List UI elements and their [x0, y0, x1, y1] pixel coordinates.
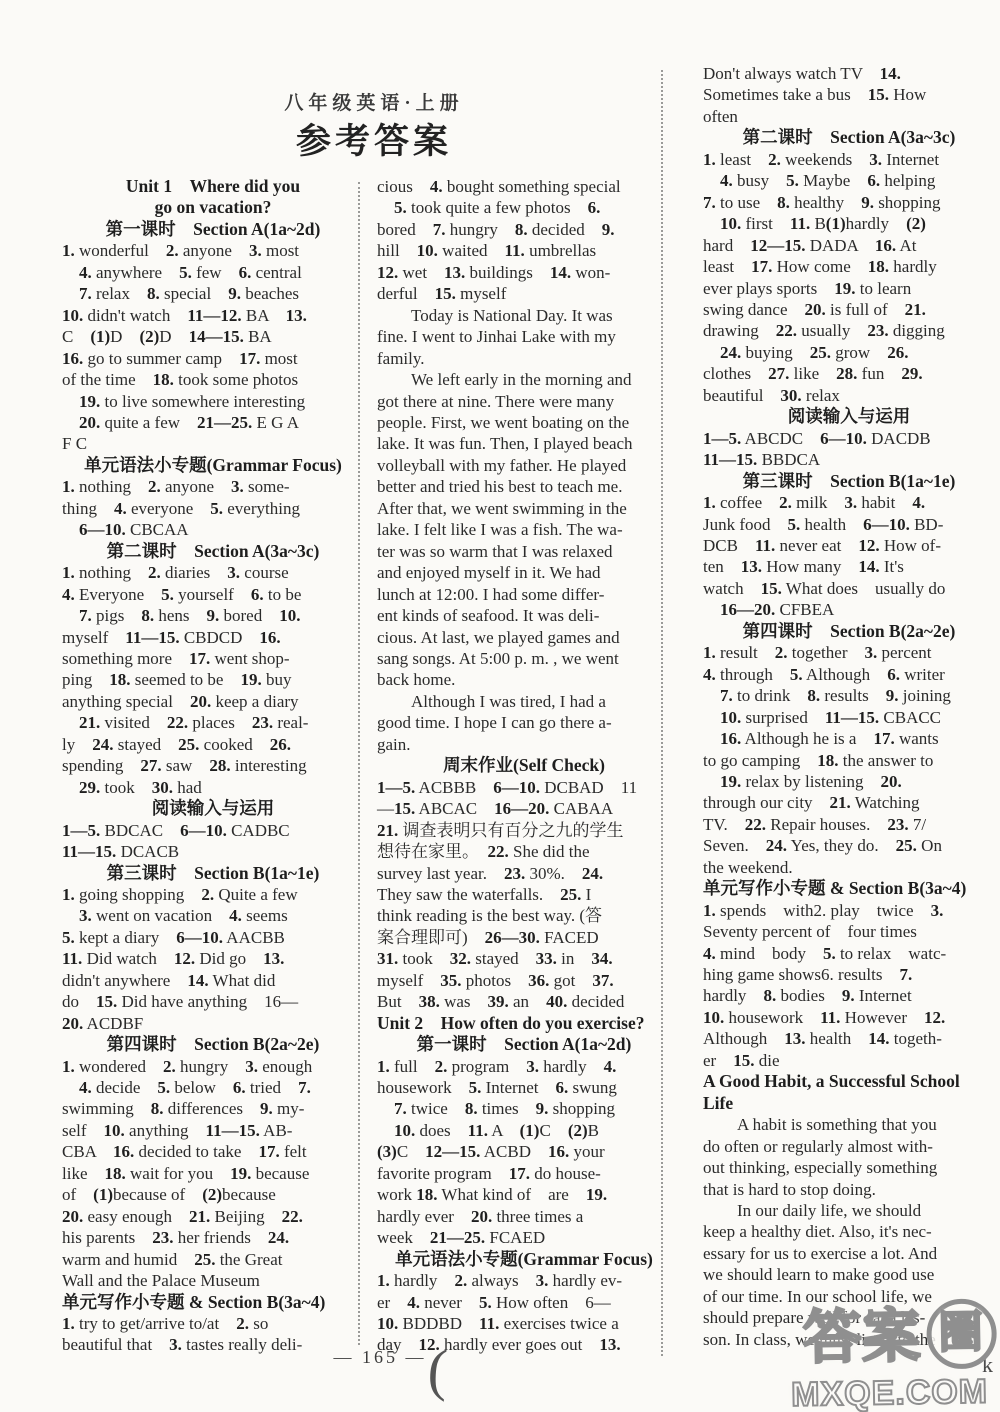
- text-line: keep a healthy diet. Also, it's nec-: [703, 1221, 995, 1242]
- text-line: 5. took quite a few photos 6.: [377, 197, 671, 218]
- text-line: people. First, we went boating on the: [377, 412, 671, 433]
- text-line: beautiful 30. relax: [703, 385, 995, 406]
- answer-block: 1. wondered 2. hungry 3. enough 4. decid…: [62, 1056, 364, 1292]
- text-line: C (1)D (2)D 14—15. BA: [62, 326, 364, 347]
- answer-block: 1. nothing 2. anyone 3. some-thing 4. ev…: [62, 476, 364, 540]
- text-line: volleyball with my father. He played: [377, 455, 671, 476]
- text-line: 6—10. CBCAA: [62, 519, 364, 540]
- text-line: 10. surprised 11—15. CBACC: [703, 707, 995, 728]
- text-line: ten 13. How many 14. It's: [703, 556, 995, 577]
- section-heading: 单元写作小专题 & Section B(3a~4): [62, 1292, 364, 1313]
- text-line: self 10. anything 11—15. AB-: [62, 1120, 364, 1141]
- text-line: 7. relax 8. special 9. beaches: [62, 283, 364, 304]
- text-line: 1. going shopping 2. Quite a few: [62, 884, 364, 905]
- watermark-brand-text: 答案: [803, 1304, 922, 1371]
- text-line: 11—15. BBDCA: [703, 449, 995, 470]
- heading-line: A Good Habit, a Successful School: [703, 1071, 995, 1092]
- text-line: back home.: [377, 669, 671, 690]
- heading-line: Unit 2 How often do you exercise?: [377, 1013, 671, 1034]
- text-line: Seven. 24. Yes, they do. 25. On: [703, 835, 995, 856]
- text-line: 24. buying 25. grow 26.: [703, 342, 995, 363]
- text-line: of the time 18. took some photos: [62, 369, 364, 390]
- text-line: ter was so warm that I was relaxed: [377, 541, 671, 562]
- heading-line: 第四课时 Section B(2a~2e): [703, 621, 995, 642]
- section-heading: 单元语法小专题(Grammar Focus): [62, 455, 364, 476]
- heading-line: go on vacation?: [62, 197, 364, 218]
- heading-line: 第一课时 Section A(1a~2d): [62, 219, 364, 240]
- text-line: hill 10. waited 11. umbrellas: [377, 240, 671, 261]
- text-line: good time. I hope I can go there a-: [377, 712, 671, 733]
- stray-bracket-mark: (: [426, 1336, 449, 1404]
- text-line: 1. coffee 2. milk 3. habit 4.: [703, 492, 995, 513]
- text-line: 11—15. DCACB: [62, 841, 364, 862]
- answer-column-2: cious 4. bought something special 5. too…: [377, 176, 671, 1356]
- text-line: 19. relax by listening 20.: [703, 771, 995, 792]
- text-line: 10. didn't watch 11—12. BA 13.: [62, 305, 364, 326]
- text-line: CBA 16. decided to take 17. felt: [62, 1141, 364, 1162]
- text-line: 10. first 11. B(1)hardly (2): [703, 213, 995, 234]
- answer-block: 1—5. ACBBB 6—10. DCBAD 11—15. ABCAC 16—2…: [377, 777, 671, 1013]
- text-line: F C: [62, 433, 364, 454]
- text-line: that is hard to stop doing.: [703, 1179, 995, 1200]
- answer-block: 1. hardly 2. always 3. hardly ev-er 4. n…: [377, 1270, 671, 1356]
- text-line: anything special 20. keep a diary: [62, 691, 364, 712]
- text-line: 想待在家里。 22. She did the: [377, 841, 671, 862]
- text-line: 7. pigs 8. hens 9. bored 10.: [62, 605, 364, 626]
- text-line: Although I was tired, I had a: [377, 691, 671, 712]
- text-line: 31. took 32. stayed 33. in 34.: [377, 948, 671, 969]
- page-header: 八年级英语·上册: [0, 88, 748, 115]
- section-heading: 单元写作小专题 & Section B(3a~4): [703, 878, 995, 899]
- text-line: 1. wonderful 2. anyone 3. most: [62, 240, 364, 261]
- text-line: hardly ever 20. three times a: [377, 1206, 671, 1227]
- heading-line: 阅读输入与运用: [62, 798, 364, 819]
- text-line: bored 7. hungry 8. decided 9.: [377, 219, 671, 240]
- section-heading: 阅读输入与运用: [703, 406, 995, 427]
- answer-block: cious 4. bought something special 5. too…: [377, 176, 671, 305]
- text-line: 10. housework 11. However 12.: [703, 1007, 995, 1028]
- section-heading: 第二课时 Section A(3a~3c): [703, 127, 995, 148]
- heading-line: 第三课时 Section B(1a~1e): [62, 863, 364, 884]
- section-heading: 单元语法小专题(Grammar Focus): [377, 1249, 671, 1270]
- heading-line: 第二课时 Section A(3a~3c): [62, 541, 364, 562]
- scanned-answer-page: 八年级英语·上册 参考答案 Unit 1 Where did yougo on …: [0, 0, 1000, 1412]
- text-line: Seventy percent of four times: [703, 921, 995, 942]
- watermark-site-text: MXQE.COM: [778, 1372, 1000, 1412]
- text-line: 4. mind body 5. to relax watc-: [703, 943, 995, 964]
- text-line: 1. least 2. weekends 3. Internet: [703, 149, 995, 170]
- text-line: 1. try to get/arrive to/at 2. so: [62, 1313, 364, 1334]
- text-line: Junk food 5. health 6—10. BD-: [703, 514, 995, 535]
- text-line: They saw the waterfalls. 25. I: [377, 884, 671, 905]
- text-line: and enjoyed myself in it. We had: [377, 562, 671, 583]
- text-line: do often or regularly almost with-: [703, 1136, 995, 1157]
- heading-line: 周末作业(Self Check): [377, 755, 671, 776]
- section-heading: A Good Habit, a Successful SchoolLife: [703, 1071, 995, 1114]
- text-line: warm and humid 25. the Great: [62, 1249, 364, 1270]
- section-heading: Unit 1 Where did yougo on vacation?: [62, 176, 364, 219]
- text-line: spending 27. saw 28. interesting: [62, 755, 364, 776]
- text-line: hard 12—15. DADA 16. At: [703, 235, 995, 256]
- text-line: 1. full 2. program 3. hardly 4.: [377, 1056, 671, 1077]
- text-line: 11. Did watch 12. Did go 13.: [62, 948, 364, 969]
- heading-line: Life: [703, 1093, 995, 1114]
- text-line: DCB 11. never eat 12. How of-: [703, 535, 995, 556]
- text-line: myself 35. photos 36. got 37.: [377, 970, 671, 991]
- text-line: something more 17. went shop-: [62, 648, 364, 669]
- heading-line: 第一课时 Section A(1a~2d): [377, 1034, 671, 1055]
- answer-block: 1—5. BDCAC 6—10. CADBC11—15. DCACB: [62, 820, 364, 863]
- text-line: —15. ABCAC 16—20. CABAA: [377, 798, 671, 819]
- text-line: derful 15. myself: [377, 283, 671, 304]
- section-heading: 第一课时 Section A(1a~2d): [377, 1034, 671, 1055]
- text-line: 21. 调查表明只有百分之九的学生: [377, 820, 671, 841]
- text-line: didn't anywhere 14. What did: [62, 970, 364, 991]
- answer-column-3: Don't always watch TV 14.Sometimes take …: [703, 63, 995, 1350]
- text-line: think reading is the best way. (答: [377, 905, 671, 926]
- heading-line: 阅读输入与运用: [703, 406, 995, 427]
- heading-line: 第三课时 Section B(1a~1e): [703, 471, 995, 492]
- heading-line: 第四课时 Section B(2a~2e): [62, 1034, 364, 1055]
- text-line: lunch at 12:00. I had some differ-: [377, 584, 671, 605]
- text-line: 7. twice 8. times 9. shopping: [377, 1098, 671, 1119]
- text-line: lake. It was fun. Then, I played beach: [377, 433, 671, 454]
- text-line: We left early in the morning and: [377, 369, 671, 390]
- text-line: 7. to drink 8. results 9. joining: [703, 685, 995, 706]
- watermark: 答案圈 MXQE.COM: [799, 1298, 1000, 1412]
- text-line: got there at nine. There were many: [377, 391, 671, 412]
- section-heading: Unit 2 How often do you exercise?: [377, 1013, 671, 1034]
- answer-block: 1—5. ABCDC 6—10. DACDB11—15. BBDCA: [703, 428, 995, 471]
- text-line: sang songs. At 5:00 p. m. , we went: [377, 648, 671, 669]
- text-line: myself 11—15. CBDCD 16.: [62, 627, 364, 648]
- answer-column-1: Unit 1 Where did yougo on vacation?第一课时 …: [62, 176, 364, 1356]
- text-line: 1. wondered 2. hungry 3. enough: [62, 1056, 364, 1077]
- text-line: er 4. never 5. How often 6—: [377, 1292, 671, 1313]
- answer-block: 1. spends with2. play twice 3.Seventy pe…: [703, 900, 995, 1072]
- answer-block: 1. least 2. weekends 3. Internet 4. busy…: [703, 149, 995, 406]
- text-line: 1—5. ACBBB 6—10. DCBAD 11: [377, 777, 671, 798]
- text-line: ent kinds of seafood. It was deli-: [377, 605, 671, 626]
- text-line: ly 24. stayed 25. cooked 26.: [62, 734, 364, 755]
- text-line: A habit is something that you: [703, 1114, 995, 1135]
- text-line: 1. nothing 2. diaries 3. course: [62, 562, 364, 583]
- text-line: 1. nothing 2. anyone 3. some-: [62, 476, 364, 497]
- answer-block: Don't always watch TV 14.Sometimes take …: [703, 63, 995, 127]
- text-line: 16—20. CFBEA: [703, 599, 995, 620]
- text-line: Although 13. health 14. togeth-: [703, 1028, 995, 1049]
- text-line: of (1)because of (2)because: [62, 1184, 364, 1205]
- text-line: 1—5. BDCAC 6—10. CADBC: [62, 820, 364, 841]
- text-line: 12. wet 13. buildings 14. won-: [377, 262, 671, 283]
- text-line: hardly 8. bodies 9. Internet: [703, 985, 995, 1006]
- text-line: lake. I felt like I was a fish. The wa-: [377, 519, 671, 540]
- text-line: TV. 22. Repair houses. 23. 7/: [703, 814, 995, 835]
- text-line: Sometimes take a bus 15. How: [703, 84, 995, 105]
- page-number: — 165 —: [0, 1347, 760, 1368]
- answer-block: 1. result 2. together 3. percent4. throu…: [703, 642, 995, 878]
- text-line: 4. anywhere 5. few 6. central: [62, 262, 364, 283]
- text-line: drawing 22. usually 23. digging: [703, 320, 995, 341]
- section-heading: 第三课时 Section B(1a~1e): [62, 863, 364, 884]
- text-line: 4. Everyone 5. yourself 6. to be: [62, 584, 364, 605]
- text-line: Don't always watch TV 14.: [703, 63, 995, 84]
- section-heading: 第二课时 Section A(3a~3c): [62, 541, 364, 562]
- text-line: fine. I went to Jinhai Lake with my: [377, 326, 671, 347]
- text-line: 1. hardly 2. always 3. hardly ev-: [377, 1270, 671, 1291]
- text-line: 4. through 5. Although 6. writer: [703, 664, 995, 685]
- text-line: better and tried his best to teach me.: [377, 476, 671, 497]
- text-line: work 18. What kind of are 19.: [377, 1184, 671, 1205]
- text-line: to go camping 18. the answer to: [703, 750, 995, 771]
- text-line: gain.: [377, 734, 671, 755]
- text-line: 20. easy enough 21. Beijing 22.: [62, 1206, 364, 1227]
- text-line: favorite program 17. do house-: [377, 1163, 671, 1184]
- text-line: like 18. wait for you 19. because: [62, 1163, 364, 1184]
- page-title: 参考答案: [0, 114, 748, 164]
- text-line: 1. result 2. together 3. percent: [703, 642, 995, 663]
- text-line: week 21—25. FCAED: [377, 1227, 671, 1248]
- heading-line: Unit 1 Where did you: [62, 176, 364, 197]
- text-line: 7. to use 8. healthy 9. shopping: [703, 192, 995, 213]
- text-line: 21. visited 22. places 23. real-: [62, 712, 364, 733]
- text-line: swing dance 20. is full of 21.: [703, 299, 995, 320]
- text-line: But 38. was 39. an 40. decided: [377, 991, 671, 1012]
- watermark-circle-glyph: 圈: [926, 1298, 997, 1369]
- text-line: his parents 23. her friends 24.: [62, 1227, 364, 1248]
- text-line: out thinking, especially something: [703, 1157, 995, 1178]
- answer-block: 1. coffee 2. milk 3. habit 4.Junk food 5…: [703, 492, 995, 621]
- text-line: 案合理即可) 26—30. FACED: [377, 927, 671, 948]
- heading-line: 单元语法小专题(Grammar Focus): [377, 1249, 671, 1270]
- text-line: essary for us to exercise a lot. And: [703, 1243, 995, 1264]
- text-line: 20. quite a few 21—25. E G A: [62, 412, 364, 433]
- section-heading: 第三课时 Section B(1a~1e): [703, 471, 995, 492]
- heading-line: 单元写作小专题 & Section B(3a~4): [703, 878, 995, 899]
- answer-block: Today is National Day. It wasfine. I wen…: [377, 305, 671, 369]
- text-line: watch 15. What does usually do: [703, 578, 995, 599]
- text-line: 3. went on vacation 4. seems: [62, 905, 364, 926]
- text-line: thing 4. everyone 5. everything: [62, 498, 364, 519]
- text-line: clothes 27. like 28. fun 29.: [703, 363, 995, 384]
- text-line: 10. BDDBD 11. exercises twice a: [377, 1313, 671, 1334]
- text-line: ever plays sports 19. to learn: [703, 278, 995, 299]
- text-line: housework 5. Internet 6. swung: [377, 1077, 671, 1098]
- answer-block: We left early in the morning andgot ther…: [377, 369, 671, 691]
- section-heading: 第四课时 Section B(2a~2e): [703, 621, 995, 642]
- text-line: 10. does 11. A (1)C (2)B: [377, 1120, 671, 1141]
- text-line: 29. took 30. had: [62, 777, 364, 798]
- text-line: 1. spends with2. play twice 3.: [703, 900, 995, 921]
- text-line: we should learn to make good use: [703, 1264, 995, 1285]
- heading-line: 第二课时 Section A(3a~3c): [703, 127, 995, 148]
- answer-block: 1. nothing 2. diaries 3. course4. Everyo…: [62, 562, 364, 798]
- text-line: family.: [377, 348, 671, 369]
- answer-block: 1. full 2. program 3. hardly 4.housework…: [377, 1056, 671, 1249]
- section-heading: 第四课时 Section B(2a~2e): [62, 1034, 364, 1055]
- text-line: 4. busy 5. Maybe 6. helping: [703, 170, 995, 191]
- text-line: 16. Although he is a 17. wants: [703, 728, 995, 749]
- answer-block: Although I was tired, I had agood time. …: [377, 691, 671, 755]
- text-line: 19. to live somewhere interesting: [62, 391, 364, 412]
- text-line: Today is National Day. It was: [377, 305, 671, 326]
- heading-line: 单元语法小专题(Grammar Focus): [62, 455, 364, 476]
- text-line: through our city 21. Watching: [703, 792, 995, 813]
- text-line: Wall and the Palace Museum: [62, 1270, 364, 1291]
- answer-block: 1. going shopping 2. Quite a few 3. went…: [62, 884, 364, 1034]
- text-line: In our daily life, we should: [703, 1200, 995, 1221]
- text-line: 20. ACDBF: [62, 1013, 364, 1034]
- section-heading: 周末作业(Self Check): [377, 755, 671, 776]
- heading-line: 单元写作小专题 & Section B(3a~4): [62, 1292, 364, 1313]
- text-line: survey last year. 23. 30%. 24.: [377, 863, 671, 884]
- section-heading: 阅读输入与运用: [62, 798, 364, 819]
- text-line: cious. At last, we played games and: [377, 627, 671, 648]
- answer-block: 1. wonderful 2. anyone 3. most 4. anywhe…: [62, 240, 364, 455]
- watermark-logo: 答案圈: [799, 1298, 1000, 1371]
- text-line: swimming 8. differences 9. my-: [62, 1098, 364, 1119]
- text-line: least 17. How come 18. hardly: [703, 256, 995, 277]
- text-line: do 15. Did have anything 16—: [62, 991, 364, 1012]
- text-line: often: [703, 106, 995, 127]
- text-line: the weekend.: [703, 857, 995, 878]
- text-line: er 15. die: [703, 1050, 995, 1071]
- text-line: ping 18. seemed to be 19. buy: [62, 669, 364, 690]
- text-line: 16. go to summer camp 17. most: [62, 348, 364, 369]
- text-line: After that, we went swimming in the: [377, 498, 671, 519]
- text-line: hing game shows6. results 7.: [703, 964, 995, 985]
- text-line: cious 4. bought something special: [377, 176, 671, 197]
- text-line: 5. kept a diary 6—10. AACBB: [62, 927, 364, 948]
- text-line: 4. decide 5. below 6. tried 7.: [62, 1077, 364, 1098]
- section-heading: 第一课时 Section A(1a~2d): [62, 219, 364, 240]
- text-line: 1—5. ABCDC 6—10. DACDB: [703, 428, 995, 449]
- text-line: (3)C 12—15. ACBD 16. your: [377, 1141, 671, 1162]
